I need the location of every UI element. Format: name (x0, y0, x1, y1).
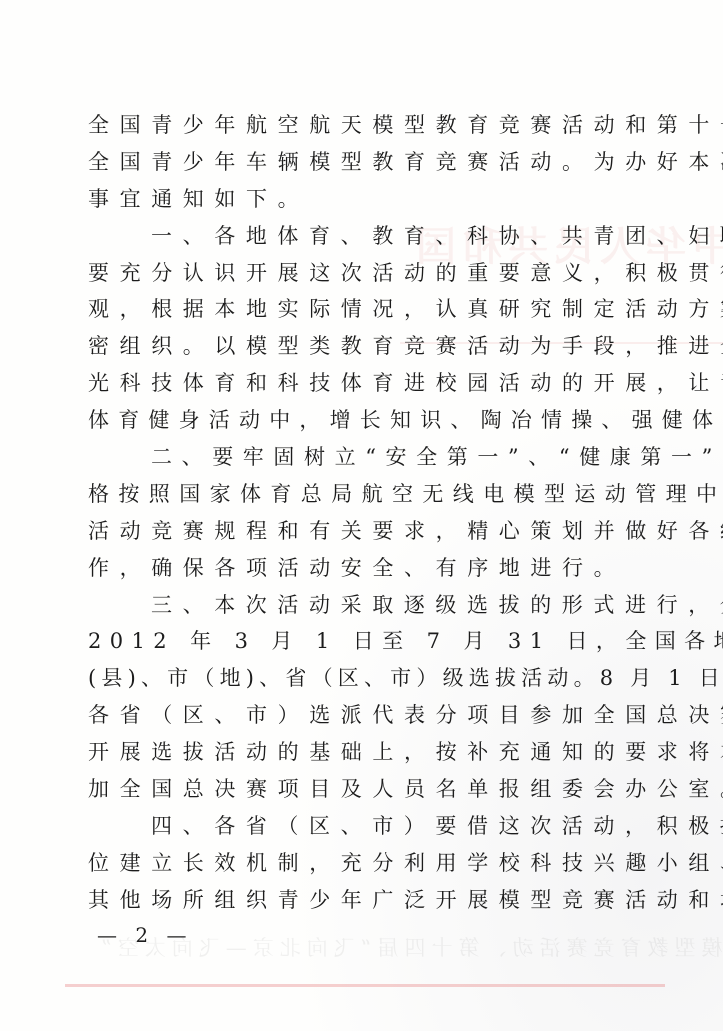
paragraph-intro: 全国青少年航空航天模型教育竞赛活动和第十七届“驾驭未来” 全国青少年车辆模型教育… (88, 107, 648, 218)
text-line: 一、各地体育、教育、科协、共青团、妇联和关工委等部门 (88, 218, 648, 255)
text-line: 开展选拔活动的基础上，按补充通知的要求将本省（区、市）参 (88, 734, 648, 771)
text-line: 四、各省（区、市）要借这次活动，积极指导基层各组织单 (88, 808, 648, 845)
text-line: 要充分认识开展这次活动的重要意义，积极贯彻落实科学发展 (88, 255, 648, 292)
paragraph-section-1: 一、各地体育、教育、科协、共青团、妇联和关工委等部门 要充分认识开展这次活动的重… (88, 218, 648, 439)
text-line: 2012 年 3 月 1 日至 7 月 31 日，全国各地组织培训和开展区 (88, 623, 648, 660)
document-page: 中华人民共和国 航海建筑模型教育竞赛活动、第十四届“飞向北京—飞向太空” 全国青… (0, 0, 723, 1031)
paragraph-section-3: 三、本次活动采取逐级选拔的形式进行，分为两个阶段。 2012 年 3 月 1 日… (88, 587, 648, 808)
reverse-side-bottom-red-rule (65, 984, 665, 987)
text-line: 光科技体育和科技体育进校园活动的开展，让青少年学生在参加 (88, 365, 648, 402)
text-line: 各省（区、市）选派代表分项目参加全国总决赛。请各地在认真 (88, 697, 648, 734)
paragraph-section-4: 四、各省（区、市）要借这次活动，积极指导基层各组织单 位建立长效机制，充分利用学… (88, 808, 648, 919)
text-line: 全国青少年车辆模型教育竞赛活动。为办好本次活动，现将有关 (88, 144, 648, 181)
text-line: 其他场所组织青少年广泛开展模型竞赛活动和培训，提高青少年 (88, 882, 648, 919)
text-line: 活动竞赛规程和有关要求，精心策划并做好各级选拔的组织工 (88, 513, 648, 550)
text-line: 体育健身活动中，增长知识、陶冶情操、强健体魄、增强科学意识。 (88, 402, 648, 439)
text-line: 观，根据本地实际情况，认真研究制定活动方案，协调配合，周 (88, 291, 648, 328)
text-line: 事宜通知如下。 (88, 181, 648, 218)
text-line: 作，确保各项活动安全、有序地进行。 (88, 550, 648, 587)
text-line: (县)、市（地)、省（区、市）级选拔活动。8 月 1 日至 12 月 30 日， (88, 660, 648, 697)
paragraph-section-2: 二、要牢固树立“安全第一”、“健康第一”的指导思想，严 格按照国家体育总局航空无… (88, 439, 648, 587)
text-line: 加全国总决赛项目及人员名单报组委会办公室。 (88, 771, 648, 808)
text-line: 三、本次活动采取逐级选拔的形式进行，分为两个阶段。 (88, 587, 648, 624)
text-line: 二、要牢固树立“安全第一”、“健康第一”的指导思想，严 (88, 439, 648, 476)
text-line: 密组织。以模型类教育竞赛活动为手段，推进全国青少年学生阳 (88, 328, 648, 365)
text-line: 位建立长效机制，充分利用学校科技兴趣小组、科技馆活动室和 (88, 845, 648, 882)
document-body: 全国青少年航空航天模型教育竞赛活动和第十七届“驾驭未来” 全国青少年车辆模型教育… (88, 107, 648, 919)
text-line: 全国青少年航空航天模型教育竞赛活动和第十七届“驾驭未来” (88, 107, 648, 144)
page-number: — 2 — (97, 921, 192, 949)
text-line: 格按照国家体育总局航空无线电模型运动管理中心审定的 2012 年 (88, 476, 648, 513)
